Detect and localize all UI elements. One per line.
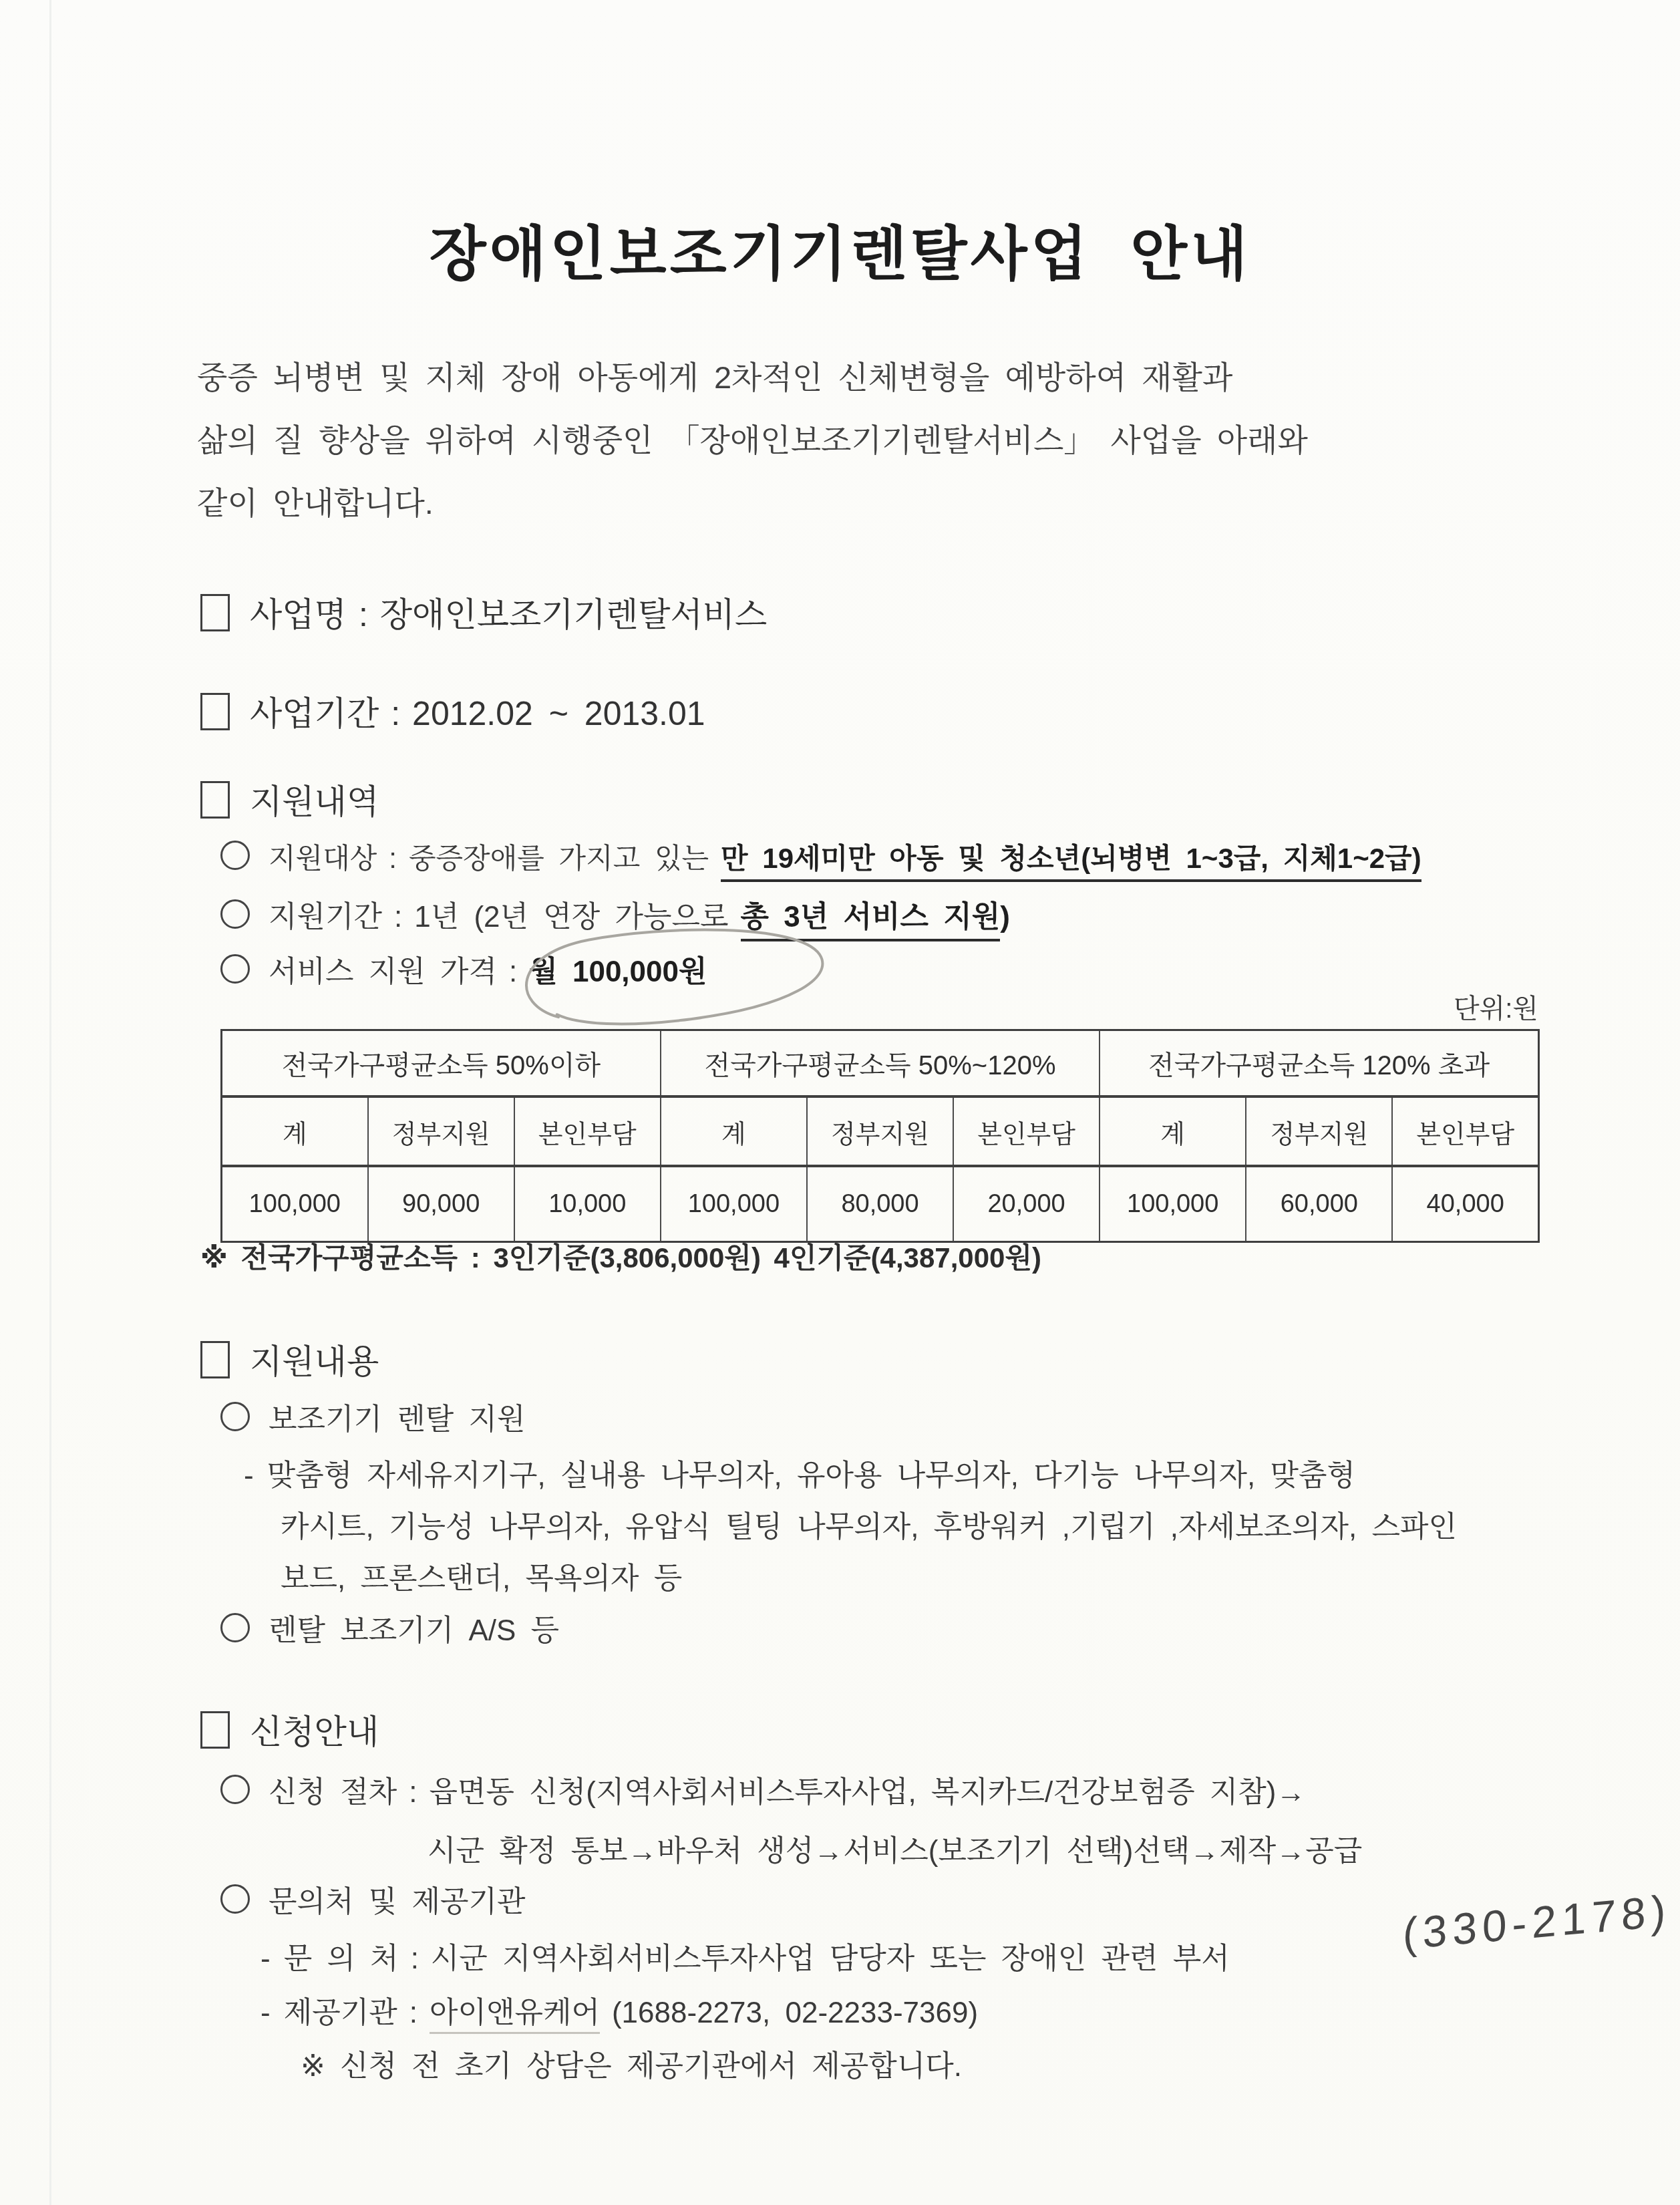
content-detail-text: 맞춤형 자세유지기구, 실내용 나무의자, 유아용 나무의자, 다기능 나무의자… [267,1459,1355,1492]
procedure-line2-text: 시군 확정 통보→바우처 생성→서비스(보조기기 선택)선택→제작→공급 [428,1835,1362,1868]
table-cell: 20,000 [953,1166,1100,1242]
biz-name-label: 사업명 [250,596,347,633]
section-support-header: 지원내역 [200,775,379,823]
colon: : [509,955,517,988]
circle-bullet-icon [220,1402,250,1431]
circle-bullet-icon [220,899,250,929]
intro-line: 삶의 질 향상을 위하여 시행중인 「장애인보조기기렌탈서비스」 사업을 아래와 [197,416,1308,460]
price-label: 서비스 지원 가격 [269,955,497,988]
colon: : [409,1997,417,2029]
handwritten-phone-annotation: (330-2178) [1403,1885,1671,1959]
apply-header-label: 신청안내 [250,1713,379,1751]
support-duration-line: 지원기간:1년 (2년 연장 가능으로총 3년 서비스 지원) [220,893,1010,935]
intro-line: 중증 뇌병변 및 지체 장애 아동에게 2차적인 신체변형을 예방하여 재활과 [197,353,1232,398]
procedure-label: 신청 절차 [269,1776,397,1809]
circle-bullet-icon [220,954,250,984]
support-header-label: 지원내역 [250,783,379,821]
apply-procedure-line: 신청 절차:읍면동 신청(지역사회서비스투자사업, 복지카드/건강보험증 지참)… [220,1768,1306,1811]
section-biz-name: 사업명:장애인보조기기렌탈서비스 [200,588,767,636]
table-subheader: 계 [1100,1096,1246,1166]
duration-label: 지원기간 [269,901,382,933]
table-unit-label: 단위:원 [1454,988,1538,1026]
price-value: 월 100,000원 [529,955,707,988]
support-price-line: 서비스 지원 가격:월 100,000원 [220,947,707,990]
table-subheader-row: 계 정부지원 본인부담 계 정부지원 본인부담 계 정부지원 본인부담 [222,1096,1539,1166]
provider-name: 아이앤유케어 [430,1997,600,2034]
intro-line: 같이 안내합니다. [197,478,434,523]
apply-inquiry-line: -문 의 처:시군 지역사회서비스투자사업 담당자 또는 장애인 관련 부서 [261,1934,1230,1977]
table-subheader: 본인부담 [514,1096,661,1166]
content-item1-text: 보조기기 렌탈 지원 [269,1403,525,1436]
target-label: 지원대상 [269,843,377,874]
table-cell: 10,000 [514,1166,661,1242]
content-item1-line: 보조기기 렌탈 지원 [220,1395,525,1438]
table-subheader: 계 [222,1096,368,1166]
colon: : [389,843,397,874]
inquiry-label: 문 의 처 [284,1942,399,1975]
table-subheader: 본인부담 [1392,1096,1538,1166]
provider-phones: (1688-2273, 02-2233-7369) [612,1997,978,2029]
table-group-header: 전국가구평균소득 50%~120% [661,1030,1100,1097]
biz-name-value: 장애인보조기기렌탈서비스 [380,596,768,633]
table-subheader: 정부지원 [807,1096,953,1166]
circle-bullet-icon [220,841,250,870]
checkbox-icon [200,1341,230,1378]
table-cell: 90,000 [368,1166,514,1242]
circle-bullet-icon [220,1884,250,1914]
scan-artifact-line [49,0,51,2205]
table-value-row: 100,000 90,000 10,000 100,000 80,000 20,… [222,1166,1539,1242]
apply-note-line: ※ 신청 전 초기 상담은 제공기관에서 제공합니다. [301,2042,962,2085]
scanned-document-page: 장애인보조기기렌탈사업 안내 중증 뇌병변 및 지체 장애 아동에게 2차적인 … [0,0,1680,2205]
content-detail-line: 보드, 프론스탠더, 목욕의자 등 [281,1554,682,1597]
contact-header-text: 문의처 및 제공기관 [269,1886,525,1918]
dash-bullet: - [261,1942,271,1975]
circle-bullet-icon [220,1775,250,1804]
procedure-line1-text: 읍면동 신청(지역사회서비스투자사업, 복지카드/건강보험증 지참)→ [429,1776,1305,1809]
close-paren: ) [1000,901,1010,933]
table-cell: 100,000 [1100,1166,1246,1242]
apply-procedure-continuation: 시군 확정 통보→바우처 생성→서비스(보조기기 선택)선택→제작→공급 [428,1827,1362,1870]
table-cell: 80,000 [807,1166,953,1242]
apply-contact-header-line: 문의처 및 제공기관 [220,1878,525,1920]
content-detail-line: -맞춤형 자세유지기구, 실내용 나무의자, 유아용 나무의자, 다기능 나무의… [244,1451,1355,1494]
table-cell: 40,000 [1392,1166,1538,1242]
table-group-header-row: 전국가구평균소득 50%이하 전국가구평균소득 50%~120% 전국가구평균소… [222,1030,1539,1097]
checkbox-icon [200,1711,230,1749]
section-content-header: 지원내용 [200,1335,379,1383]
biz-period-value: 2012.02 ~ 2013.01 [412,695,705,732]
content-item2-line: 렌탈 보조기기 A/S 등 [220,1606,559,1649]
inquiry-text: 시군 지역사회서비스투자사업 담당자 또는 장애인 관련 부서 [431,1942,1230,1975]
content-header-label: 지원내용 [250,1343,379,1380]
content-detail-line: 카시트, 기능성 나무의자, 유압식 틸팅 나무의자, 후방워커 ,기립기 ,자… [281,1503,1457,1546]
apply-provider-line: -제공기관:아이앤유케어(1688-2273, 02-2233-7369) [261,1989,978,2031]
checkbox-icon [200,781,230,819]
content-detail-text: 카시트, 기능성 나무의자, 유압식 틸팅 나무의자, 후방워커 ,기립기 ,자… [281,1511,1457,1543]
support-target-line: 지원대상:중증장애를 가지고 있는만 19세미만 아동 및 청소년(뇌병변 1~… [220,837,1421,877]
checkbox-icon [200,594,230,631]
table-cell: 100,000 [222,1166,368,1242]
table-footnote: ※ 전국가구평균소득 : 3인기준(3,806,000원) 4인기준(4,387… [200,1236,1041,1276]
income-support-table: 전국가구평균소득 50%이하 전국가구평균소득 50%~120% 전국가구평균소… [220,1029,1540,1243]
page-title: 장애인보조기기렌탈사업 안내 [0,207,1680,291]
target-prefix: 중증장애를 가지고 있는 [409,843,709,874]
table-cell: 60,000 [1246,1166,1392,1242]
circle-bullet-icon [220,1613,250,1642]
colon: : [359,596,368,633]
table-subheader: 계 [661,1096,807,1166]
table-group-header: 전국가구평균소득 50%이하 [222,1030,661,1097]
dash-bullet: - [261,1997,271,2029]
provider-label: 제공기관 [284,1997,397,2029]
table-subheader: 정부지원 [1246,1096,1392,1166]
table-subheader: 정부지원 [368,1096,514,1166]
content-detail-text: 보드, 프론스탠더, 목욕의자 등 [281,1562,682,1595]
biz-period-label: 사업기간 [250,695,379,732]
colon: : [409,1776,417,1809]
colon: : [391,695,400,732]
target-underlined-text: 만 19세미만 아동 및 청소년(뇌병변 1~3급, 지체1~2급) [721,843,1421,882]
duration-prefix: 1년 (2년 연장 가능으로 [414,901,728,933]
content-item2-text: 렌탈 보조기기 A/S 등 [269,1614,559,1647]
colon: : [394,901,402,933]
section-biz-period: 사업기간:2012.02 ~ 2013.01 [200,687,705,735]
table-cell: 100,000 [661,1166,807,1242]
section-apply-header: 신청안내 [200,1705,379,1753]
duration-underlined-text: 총 3년 서비스 지원 [741,901,1001,941]
dash-bullet: - [244,1459,254,1492]
colon: : [411,1942,419,1975]
checkbox-icon [200,693,230,730]
table-subheader: 본인부담 [953,1096,1100,1166]
table-group-header: 전국가구평균소득 120% 초과 [1100,1030,1538,1097]
